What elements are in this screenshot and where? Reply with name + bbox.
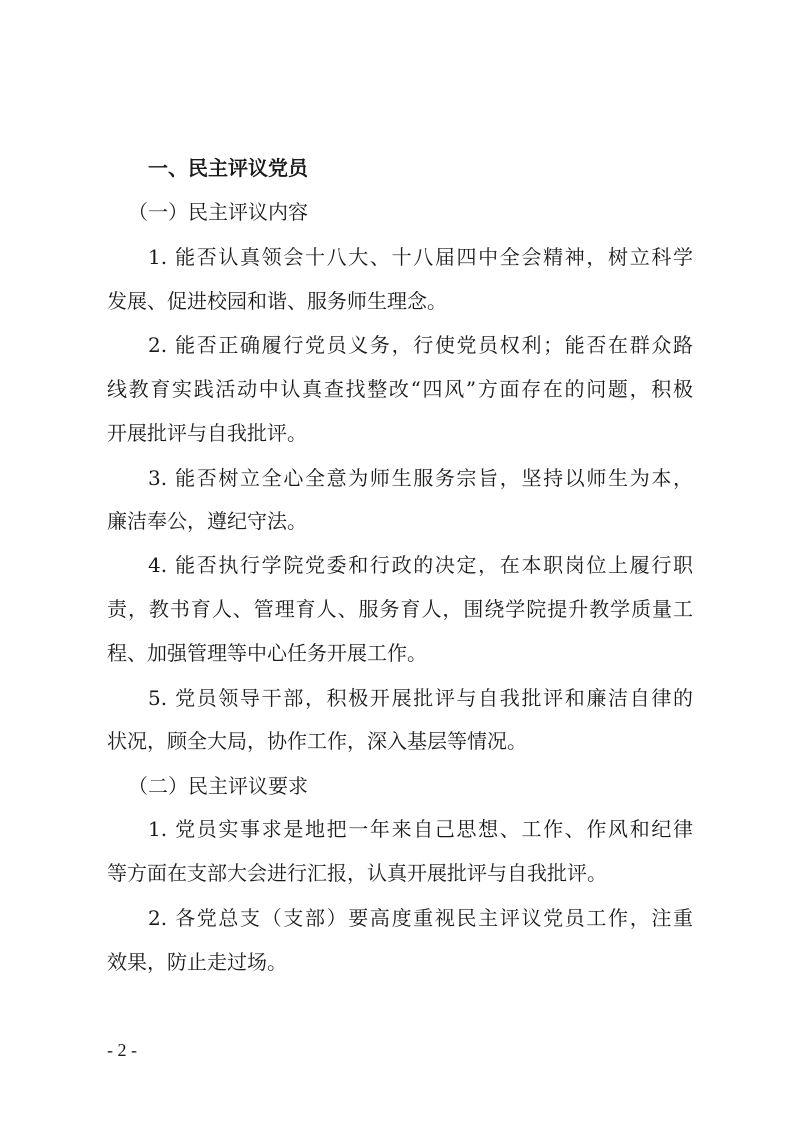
item-line: 1. 党员实事求是地把一年来自己思想、工作、作风和纪律 bbox=[148, 815, 693, 843]
item-line: 2. 各党总支（支部）要高度重视民主评议党员工作，注重 bbox=[148, 904, 693, 932]
item-line: 开展批评与自我批评。 bbox=[107, 419, 693, 447]
item-line: 5. 党员领导干部，积极开展批评与自我批评和廉洁自律的 bbox=[148, 684, 693, 712]
item-line: 3. 能否树立全心全意为师生服务宗旨，坚持以师生为本， bbox=[148, 464, 693, 492]
item-line: 效果，防止走过场。 bbox=[107, 948, 693, 976]
item-line: 线教育实践活动中认真查找整改“四风”方面存在的问题，积极 bbox=[107, 375, 693, 403]
subsection-title-content: （一）民主评议内容 bbox=[128, 198, 308, 226]
item-line: 发展、促进校园和谐、服务师生理念。 bbox=[107, 287, 693, 315]
item-line: 等方面在支部大会进行汇报，认真开展批评与自我批评。 bbox=[107, 859, 693, 887]
item-line: 状况，顾全大局，协作工作，深入基层等情况。 bbox=[107, 727, 693, 755]
subsection-title-requirements: （二）民主评议要求 bbox=[128, 772, 308, 800]
item-line: 程、加强管理等中心任务开展工作。 bbox=[107, 639, 693, 667]
section-heading: 一、民主评议党员 bbox=[148, 154, 734, 182]
item-line: 1. 能否认真领会十八大、十八届四中全会精神，树立科学 bbox=[148, 243, 693, 271]
item-line: 廉洁奉公，遵纪守法。 bbox=[107, 507, 693, 535]
item-line: 2. 能否正确履行党员义务，行使党员权利；能否在群众路 bbox=[148, 331, 693, 359]
page-number: - 2 - bbox=[107, 1038, 137, 1062]
item-line: 责，教书育人、管理育人、服务育人，围绕学院提升教学质量工 bbox=[107, 595, 693, 623]
item-line: 4. 能否执行学院党委和行政的决定，在本职岗位上履行职 bbox=[148, 551, 693, 579]
